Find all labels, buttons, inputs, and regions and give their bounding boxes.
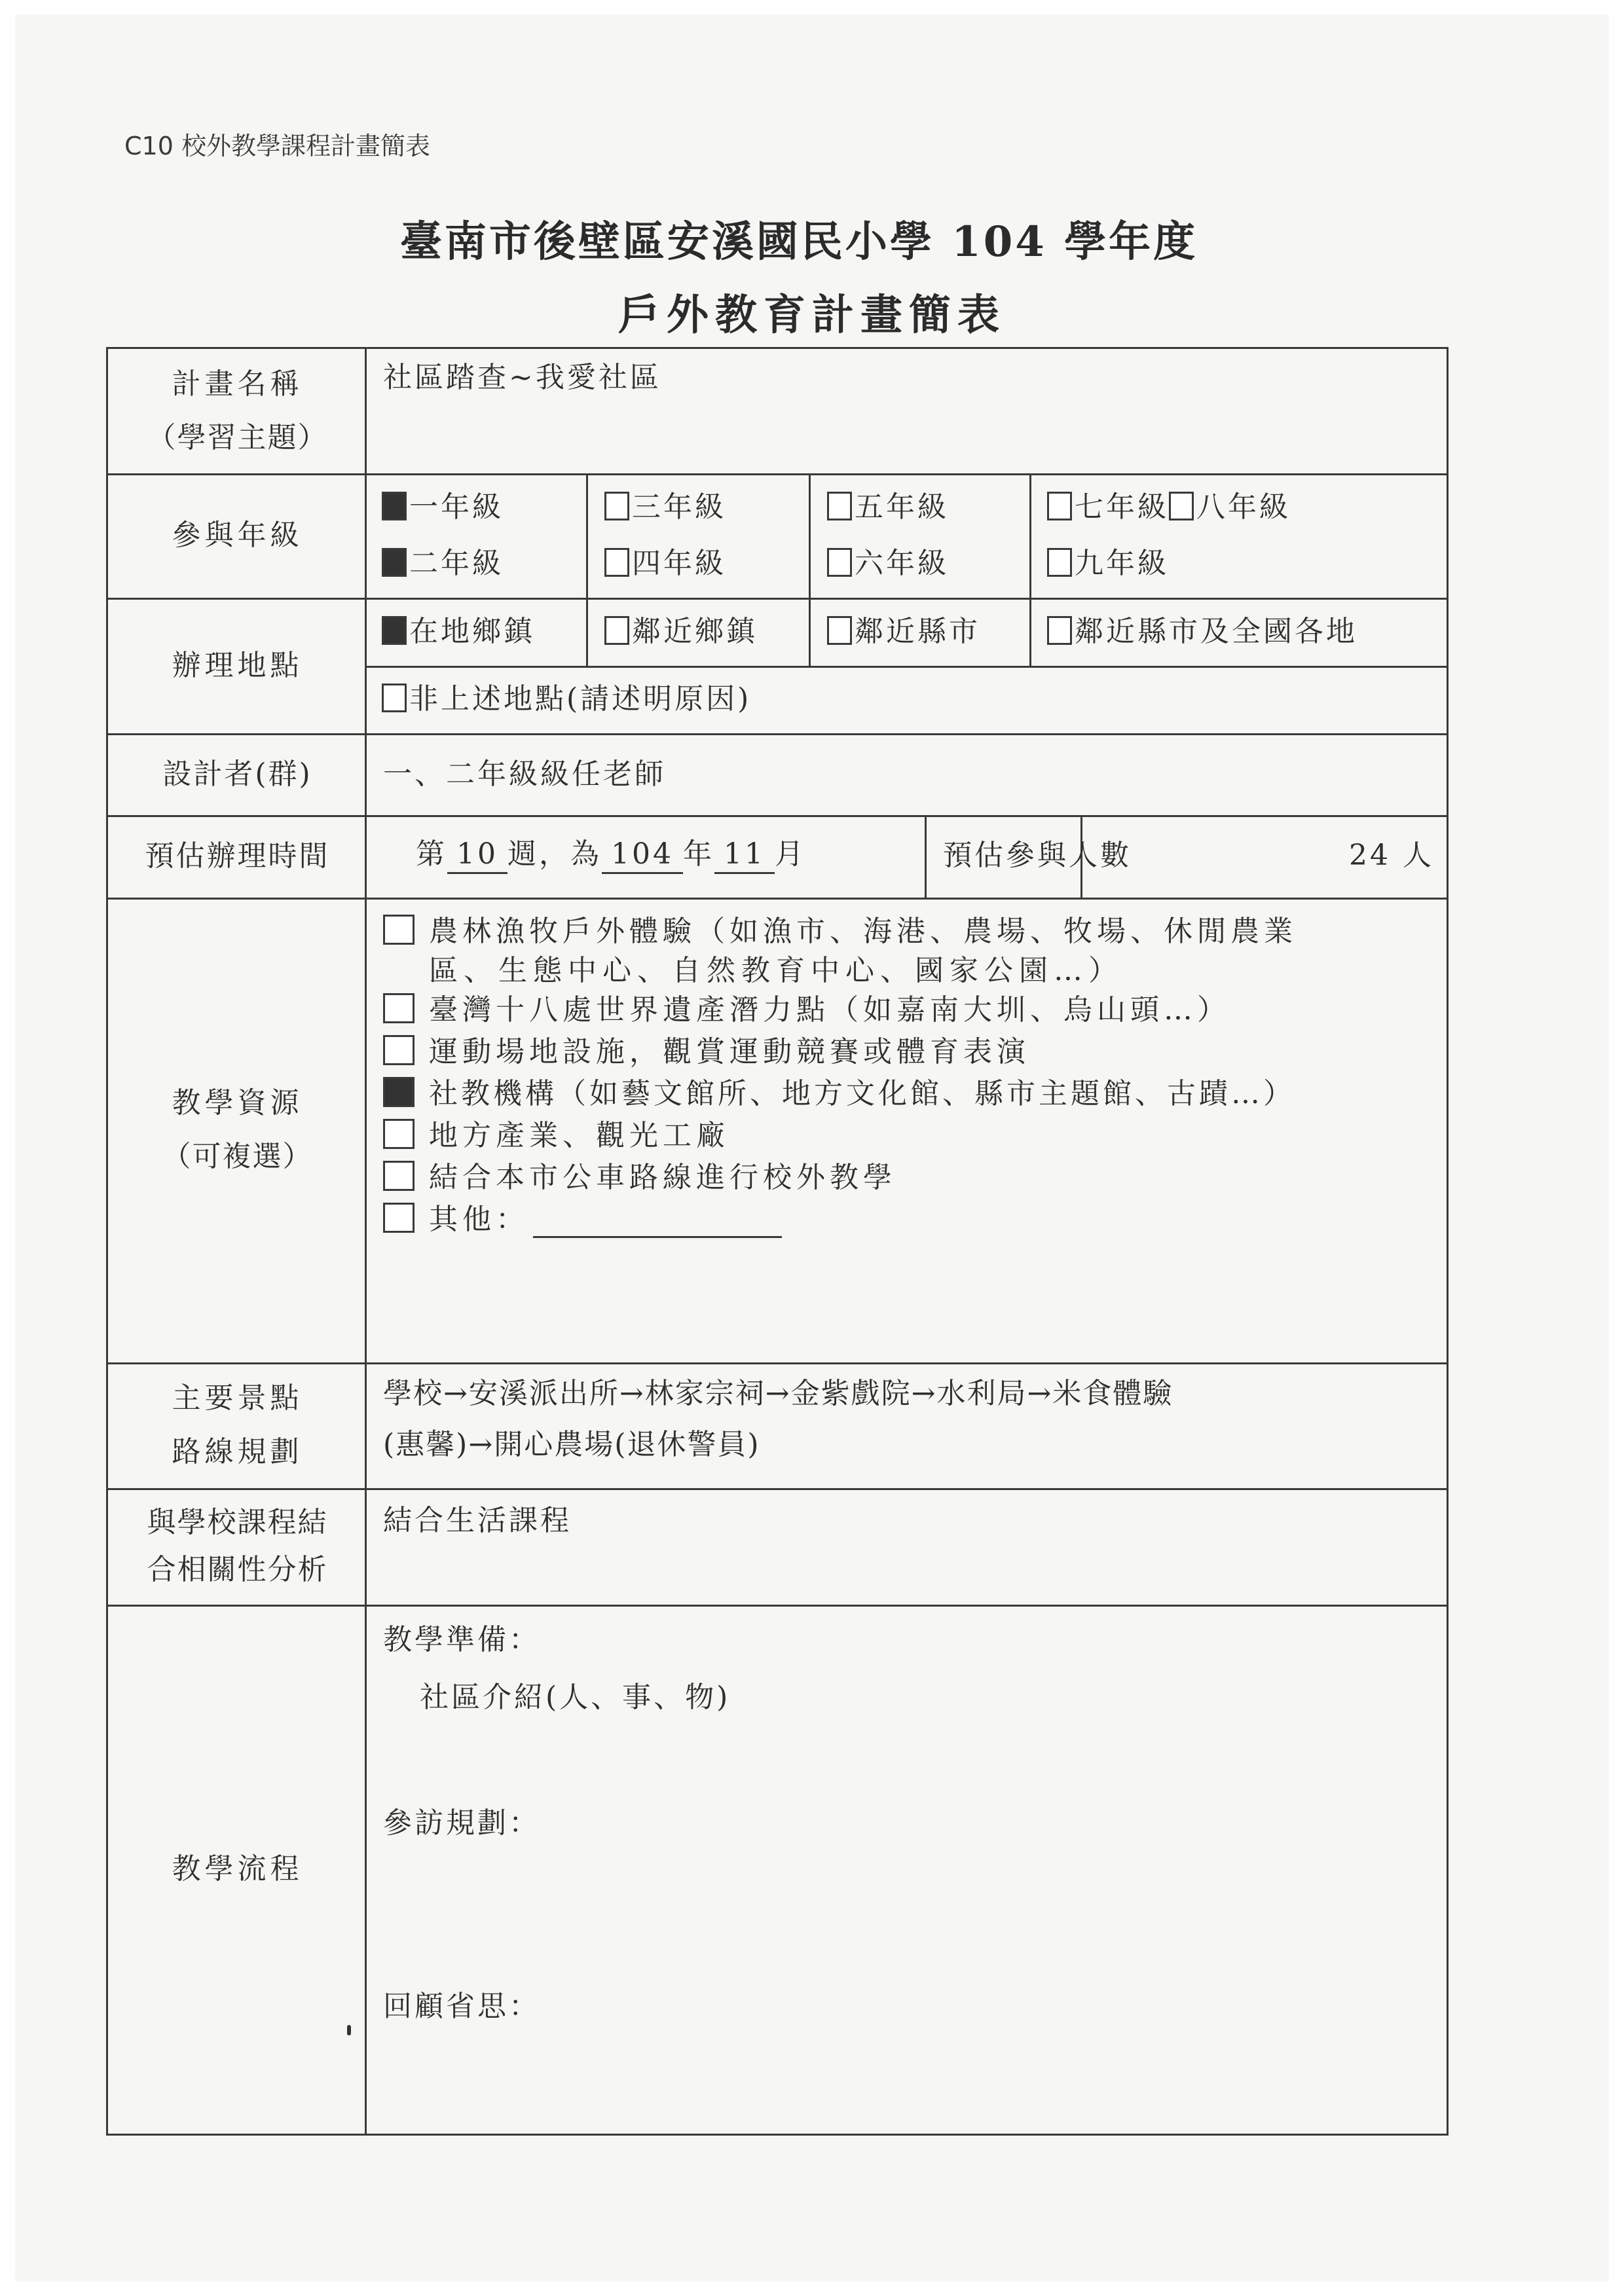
resource-option-heritage[interactable]: 臺灣十八處世界遺產潛力點（如嘉南大圳、烏山頭…）: [383, 991, 1230, 1030]
route-label: 主要景點 路線規劃: [108, 1362, 367, 1488]
location-label: 辦理地點: [108, 598, 367, 733]
review-heading: 回顧省思：: [383, 1987, 540, 2026]
col-divider: [586, 473, 588, 666]
document-title: 臺南市後壁區安溪國民小學 104 學年度: [0, 208, 1611, 268]
designer-value[interactable]: 一、二年級級任老師: [383, 755, 666, 794]
checkbox-checked-icon[interactable]: [382, 548, 407, 577]
week-field[interactable]: 10: [447, 837, 507, 874]
checkbox-icon[interactable]: [383, 915, 415, 945]
col-divider: [1029, 473, 1031, 666]
location-option-nearby-town[interactable]: 鄰近鄉鎮: [604, 612, 758, 651]
grade-option-1[interactable]: 一年級: [382, 488, 504, 527]
location-option-local[interactable]: 在地鄉鎮: [382, 612, 535, 651]
form-code: C10 校外教學課程計畫簡表: [124, 126, 430, 162]
curriculum-value[interactable]: 結合生活課程: [383, 1501, 572, 1540]
grade-option-9[interactable]: 九年級: [1047, 544, 1169, 583]
checkbox-icon[interactable]: [827, 492, 852, 520]
checkbox-icon[interactable]: [383, 1203, 415, 1233]
row-divider: [367, 666, 1447, 668]
resource-option-sports[interactable]: 運動場地設施，觀賞運動競賽或體育表演: [383, 1032, 1030, 1072]
curriculum-label: 與學校課程結 合相關性分析: [108, 1488, 367, 1605]
checkbox-checked-icon[interactable]: [383, 1077, 415, 1107]
route-value-line1[interactable]: 學校→安溪派出所→林家宗祠→金紫戲院→水利局→米食體驗: [383, 1374, 1173, 1413]
checkbox-icon[interactable]: [383, 1119, 415, 1149]
other-input[interactable]: [533, 1203, 782, 1238]
preparation-value[interactable]: 社區介紹(人、事、物): [420, 1678, 730, 1717]
location-option-other[interactable]: 非上述地點(請述明原因): [382, 680, 751, 719]
checkbox-icon[interactable]: [604, 616, 629, 645]
route-value-line2[interactable]: (惠馨)→開心農場(退休警員): [383, 1425, 760, 1465]
visit-heading: 參訪規劃：: [383, 1804, 540, 1843]
checkbox-icon[interactable]: [383, 1035, 415, 1065]
grade-option-2[interactable]: 二年級: [382, 544, 504, 583]
grade-option-4[interactable]: 四年級: [604, 544, 726, 583]
checkbox-icon[interactable]: [827, 616, 852, 645]
preparation-heading: 教學準備：: [383, 1620, 540, 1660]
checkbox-icon[interactable]: [604, 492, 629, 520]
location-option-nationwide[interactable]: 鄰近縣市及全國各地: [1047, 612, 1357, 651]
grade-option-5[interactable]: 五年級: [827, 488, 949, 527]
grades-label: 參與年級: [108, 473, 367, 598]
month-field[interactable]: 11: [714, 837, 775, 874]
schedule-label: 預估辦理時間: [108, 815, 367, 898]
checkbox-icon[interactable]: [827, 548, 852, 577]
col-divider: [925, 815, 927, 898]
participants-value[interactable]: 24 人: [1349, 836, 1434, 875]
plan-name-label: 計畫名稱 （學習主題）: [108, 349, 367, 473]
checkbox-checked-icon[interactable]: [382, 492, 407, 520]
checkbox-icon[interactable]: [1169, 492, 1194, 520]
checkbox-icon[interactable]: [382, 683, 407, 712]
checkbox-icon[interactable]: [1047, 492, 1072, 520]
plan-form-table: 計畫名稱 （學習主題） 社區踏查~我愛社區 參與年級 一年級 二年級 三年級 四…: [106, 347, 1449, 2136]
resources-label: 教學資源 （可複選）: [108, 898, 367, 1362]
process-label: 教學流程: [108, 1605, 367, 2134]
location-option-nearby-county[interactable]: 鄰近縣市: [827, 612, 980, 651]
document-subtitle: 戶外教育計畫簡表: [0, 282, 1624, 342]
resource-option-agriculture[interactable]: 農林漁牧戶外體驗（如漁市、海港、農場、牧場、休閒農業: [383, 912, 1297, 951]
designer-label: 設計者(群): [108, 733, 367, 815]
year-field[interactable]: 104: [602, 837, 683, 874]
resource-option-bus[interactable]: 結合本市公車路線進行校外教學: [383, 1158, 896, 1197]
checkbox-icon[interactable]: [1047, 548, 1072, 577]
grade-option-7-8[interactable]: 七年級八年級: [1047, 488, 1291, 527]
checkbox-icon[interactable]: [1047, 616, 1072, 645]
grade-option-6[interactable]: 六年級: [827, 544, 949, 583]
participants-label: 預估參與人數: [943, 836, 1132, 875]
plan-name-value[interactable]: 社區踏查~我愛社區: [383, 358, 661, 397]
col-divider: [809, 473, 811, 666]
resource-option-other[interactable]: 其他：: [383, 1200, 782, 1239]
checkbox-checked-icon[interactable]: [382, 616, 407, 645]
grade-option-3[interactable]: 三年級: [604, 488, 726, 527]
checkbox-icon[interactable]: [383, 1161, 415, 1191]
resource-option-social-edu[interactable]: 社教機構（如藝文館所、地方文化館、縣市主題館、古蹟…）: [383, 1074, 1295, 1114]
resource-option-agriculture-cont: 區、生態中心、自然教育中心、國家公園…）: [429, 951, 1123, 991]
checkbox-icon[interactable]: [383, 993, 415, 1023]
resource-option-industry[interactable]: 地方產業、觀光工廠: [383, 1116, 729, 1156]
scan-speck: [347, 2025, 351, 2035]
checkbox-icon[interactable]: [604, 548, 629, 577]
schedule-value[interactable]: 第10週，為104年11月: [416, 835, 806, 874]
